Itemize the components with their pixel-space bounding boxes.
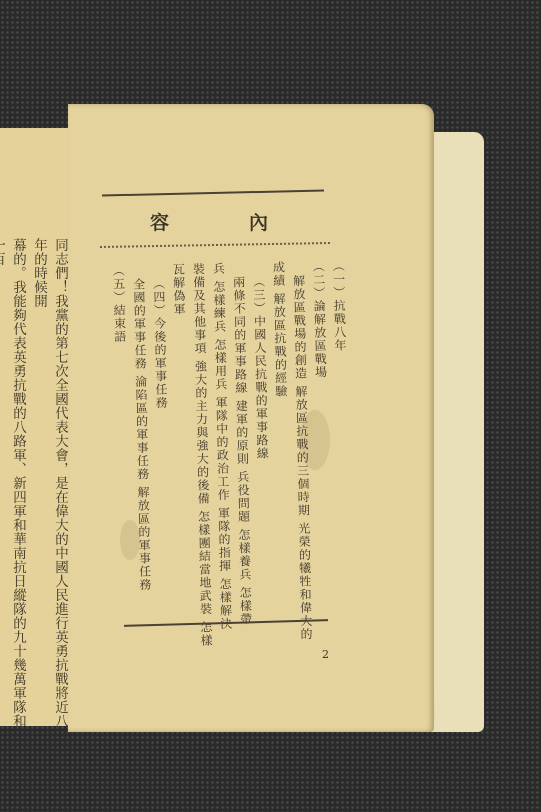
toc-subitem: 怎樣 [199,621,214,648]
left-page-text: 同志們！我黨的第七次全國代表大會，是在偉大的中國人民進行英勇抗戰將近八年的時候開… [0,238,70,726]
toc-subitem: 建軍的原則 [234,399,249,465]
toc-subitem: 怎樣練兵 [212,280,227,333]
toc-subitem: 軍隊中的政治工作 [214,396,230,502]
page-title: 容 內 [150,208,270,235]
left-page-column: 幕的。我能夠代表英勇抗戰的八路軍、新四軍和華南抗日縱隊的九十幾萬軍隊和一百 [0,238,28,726]
left-page-column: 同志們！我黨的第七次全國代表大會，是在偉大的中國人民進行英勇抗戰將近八年的時候開 [28,238,70,726]
toc-subitem: 怎樣用兵 [213,338,228,391]
toc-item-2: （二）論解放區戰場 [311,260,327,379]
toc-item-3: （三）中國人民抗戰的軍事路線 [252,275,270,460]
toc-subitem: 怎樣團結當地武裝 [196,510,212,616]
toc-subitem: 軍隊的指揮 [216,507,231,573]
page-number: 2 [322,648,329,661]
toc-subitem: 兵 [211,262,225,275]
toc-subitem: 兵役問題 [236,470,251,523]
toc-subitem: 全國的軍事任務 [132,278,148,371]
toc-subitem: 怎樣帶 [238,586,253,626]
toc-subitem: 強大的主力與強大的後備 [193,360,210,505]
toc-subitem: 解放區的軍事任務 [136,486,152,592]
toc-subitem: 淪陷區的軍事任務 [134,375,150,481]
title-char-left: 容 [150,208,171,235]
left-page: 同志們！我黨的第七次全國代表大會，是在偉大的中國人民進行英勇抗戰將近八年的時候開… [0,128,74,726]
toc-subitem: 成績 [271,261,286,288]
toc-subitem: 解放區抗戰的三個時期 [294,385,311,517]
title-char-right: 內 [249,208,270,235]
toc-subitem: 解放區戰場的創造 [292,274,308,380]
table-of-contents: （一）抗戰八年 （二）論解放區戰場 解放區戰場的創造 解放區抗戰的三個時期 光榮… [108,260,355,625]
toc-subitem: 解放區抗戰的經驗 [272,292,288,398]
toc-item-4: （四）今後的軍事任務 [152,277,169,409]
toc-subitem: 光榮的犧牲和偉大的 [297,522,313,641]
toc-subitem: 怎樣養兵 [237,528,252,581]
toc-subitem: 兩條不同的軍事路線 [232,276,248,395]
toc-item-5: （五）結束語 [111,264,127,343]
toc-subitem: 裝備及其他事項 [191,263,207,356]
toc-item-1: （一）抗戰八年 [331,260,347,353]
toc-subitem: 瓦解偽軍 [171,263,186,316]
